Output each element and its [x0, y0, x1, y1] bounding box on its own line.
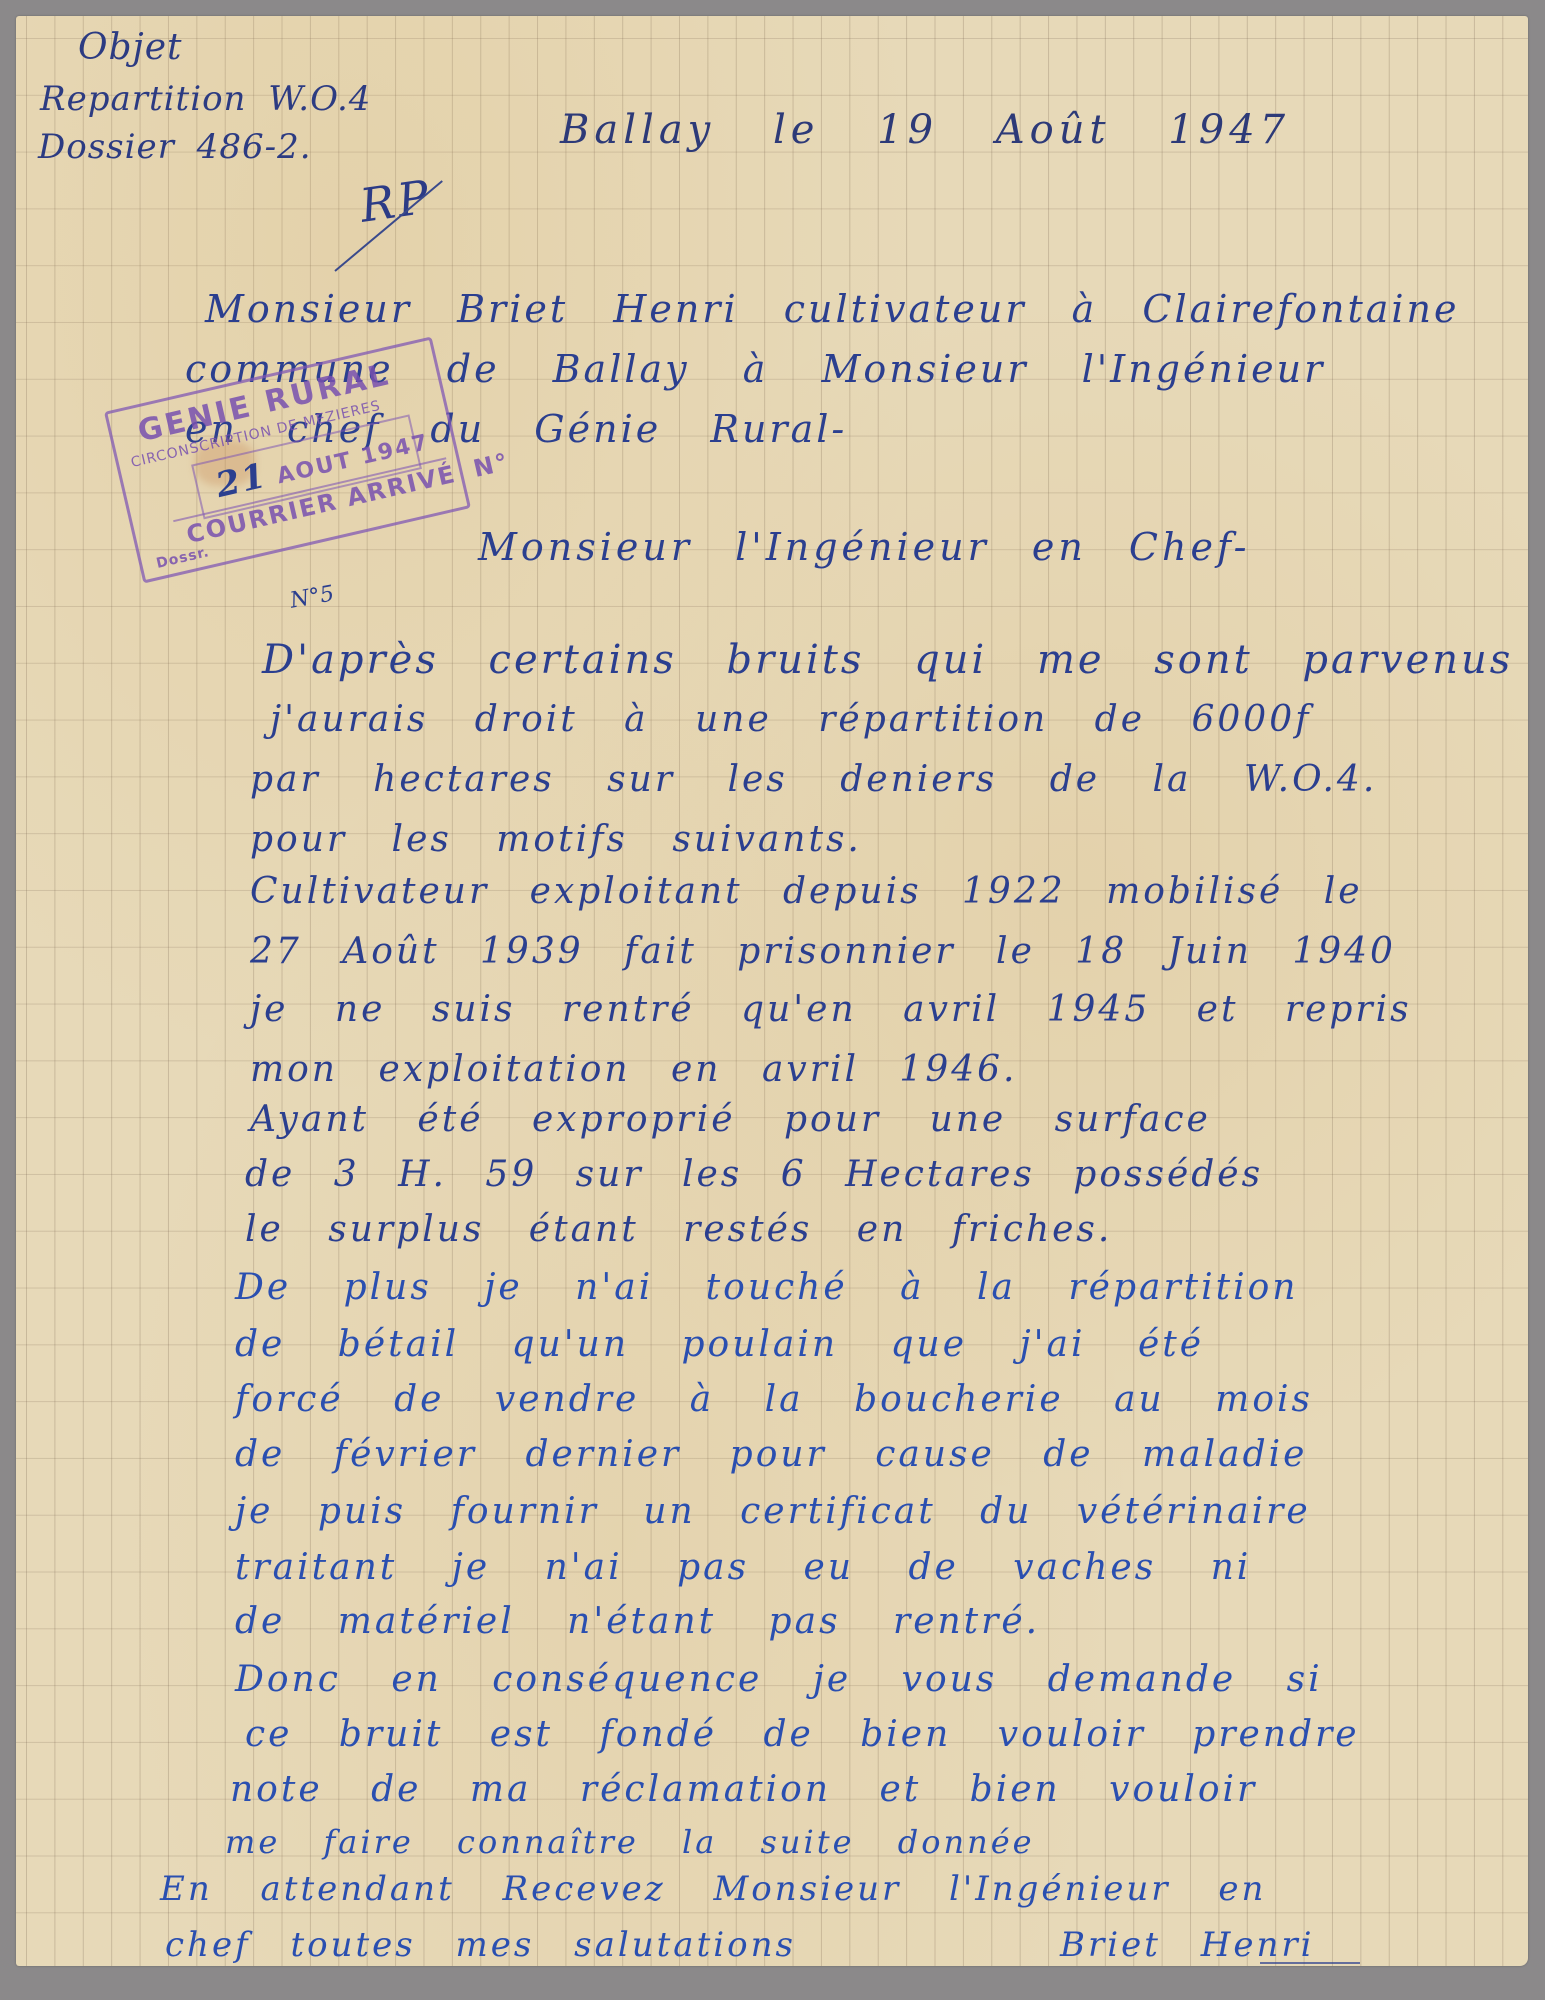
- body-line-14: forcé de vendre à la boucherie au mois: [235, 1382, 1313, 1418]
- body-line-4: pour les motifs suivants.: [250, 822, 862, 858]
- body-line-5: Cultivateur exploitant depuis 1922 mobil…: [250, 874, 1363, 910]
- body-line-10: de 3 H. 59 sur les 6 Hectares possédés: [245, 1157, 1263, 1193]
- dossier-line: Dossier 486-2.: [38, 130, 312, 164]
- body-line-13: de bétail qu'un poulain que j'ai été: [235, 1327, 1204, 1363]
- body-line-17: traitant je n'ai pas eu de vaches ni: [235, 1550, 1251, 1586]
- body-line-20: ce bruit est fondé de bien vouloir prend…: [245, 1717, 1360, 1753]
- dateline: Ballay le 19 Août 1947: [560, 110, 1290, 150]
- body-line-1: D'après certains bruits qui me sont parv…: [262, 640, 1513, 680]
- body-line-6: 27 Août 1939 fait prisonnier le 18 Juin …: [250, 934, 1396, 970]
- body-line-11: le surplus étant restés en friches.: [245, 1212, 1112, 1248]
- body-line-16: je puis fournir un certificat du vétérin…: [235, 1494, 1311, 1530]
- body-line-22: me faire connaître la suite donnée: [225, 1826, 1035, 1858]
- body-line-3: par hectares sur les deniers de la W.O.4…: [250, 762, 1377, 798]
- object-label: Objet: [78, 30, 183, 66]
- body-line-8: mon exploitation en avril 1946.: [250, 1052, 1017, 1088]
- body-line-15: de février dernier pour cause de maladie: [235, 1437, 1307, 1473]
- address-line-1: Monsieur Briet Henri cultivateur à Clair…: [205, 290, 1460, 328]
- closing-line-1: En attendant Recevez Monsieur l'Ingénieu…: [160, 1872, 1266, 1906]
- salutation: Monsieur l'Ingénieur en Chef-: [478, 528, 1250, 566]
- stamp-dossier: Dossr.: [155, 545, 211, 571]
- body-line-7: je ne suis rentré qu'en avril 1945 et re…: [250, 992, 1412, 1028]
- body-line-9: Ayant été exproprié pour une surface: [250, 1102, 1211, 1138]
- object-line: Repartition W.O.4: [40, 82, 371, 116]
- body-line-12: De plus je n'ai touché à la répartition: [235, 1270, 1298, 1306]
- body-line-2: j'aurais droit à une répartition de 6000…: [270, 702, 1311, 738]
- closing-line-2: chef toutes mes salutations: [165, 1928, 796, 1962]
- signature-underline: [1260, 1962, 1360, 1964]
- signature: Briet Henri: [1060, 1928, 1315, 1962]
- body-line-21: note de ma réclamation et bien vouloir: [230, 1772, 1257, 1808]
- body-line-18: de matériel n'étant pas rentré.: [235, 1604, 1040, 1640]
- body-line-19: Donc en conséquence je vous demande si: [235, 1662, 1323, 1698]
